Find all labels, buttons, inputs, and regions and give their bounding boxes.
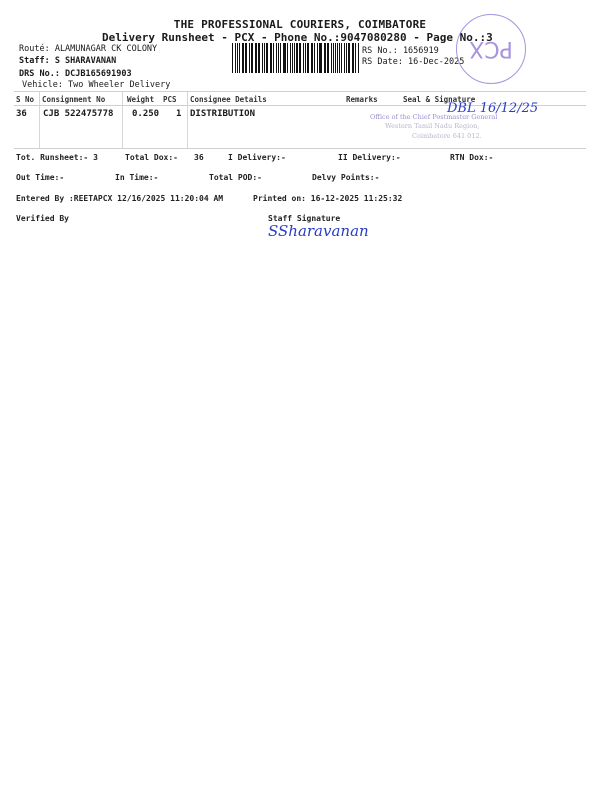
barcode-bar [271, 43, 272, 73]
vehicle-label: Vehicle: Two Wheeler Delivery [22, 80, 170, 90]
column-divider [122, 92, 123, 148]
barcode-bar [280, 43, 281, 73]
barcode-bar [344, 43, 345, 73]
barcode [232, 43, 360, 73]
barcode-bar [355, 43, 356, 73]
barcode-bar [243, 43, 244, 73]
cell-consignee: DISTRIBUTION [190, 109, 255, 119]
barcode-bar [249, 43, 250, 73]
barcode-bar [283, 43, 284, 73]
col-header-sno: S No [16, 95, 34, 104]
route-label: Routé: ALAMUNAGAR CK COLONY [19, 44, 157, 54]
barcode-bar [270, 43, 271, 73]
barcode-bar [262, 43, 263, 73]
barcode-bar [319, 43, 320, 73]
entered-by: Entered By :REETAPCX 12/16/2025 11:20:04… [16, 194, 223, 203]
cell-consignment-no: CJB 522475778 [43, 109, 113, 119]
barcode-bar [258, 43, 259, 73]
col-header-pcs: PCS [163, 95, 177, 104]
divider [14, 148, 586, 149]
barcode-bar [287, 43, 288, 73]
barcode-bar [348, 43, 350, 73]
barcode-bar [305, 43, 307, 73]
barcode-bar [325, 43, 326, 73]
barcode-bar [264, 43, 265, 73]
barcode-bar [346, 43, 347, 73]
barcode-bar [339, 43, 340, 73]
barcode-bar [299, 43, 300, 73]
cell-pcs: 1 [176, 109, 181, 119]
barcode-bar [327, 43, 329, 73]
barcode-bar [317, 43, 318, 73]
barcode-bar [307, 43, 308, 73]
barcode-bar [311, 43, 312, 73]
barcode-bar [324, 43, 325, 73]
col-header-weight: Weight [127, 95, 154, 104]
barcode-bar [300, 43, 301, 73]
cell-sno: 36 [16, 109, 27, 119]
delvy-points: Delvy Points:- [312, 173, 379, 182]
out-time: Out Time:- [16, 173, 64, 182]
staff-signature: SSharavanan [268, 222, 369, 240]
barcode-bar [333, 43, 334, 73]
barcode-bar [294, 43, 295, 73]
barcode-bar [292, 43, 293, 73]
rtn-dox: RTN Dox:- [450, 153, 493, 162]
barcode-bar [255, 43, 256, 73]
barcode-bar [278, 43, 279, 73]
barcode-bar [303, 43, 304, 73]
barcode-bar [232, 43, 233, 73]
barcode-bar [259, 43, 260, 73]
divider [14, 91, 586, 92]
col-header-consignment: Consignment No [42, 95, 105, 104]
barcode-bar [284, 43, 286, 73]
stamp-text: PCX [469, 37, 513, 62]
barcode-bar [335, 43, 336, 73]
seal-stamp-line: Western Tamil Nadu Region, [385, 122, 479, 130]
ii-delivery: II Delivery:- [338, 153, 401, 162]
pcx-stamp-icon: PCX [456, 14, 526, 84]
verified-by: Verified By [16, 214, 69, 223]
printed-on: Printed on: 16-12-2025 11:25:32 [253, 194, 402, 203]
staff-label: Staff: S SHARAVANAN [19, 56, 116, 66]
barcode-bar [358, 43, 359, 73]
barcode-bar [296, 43, 297, 73]
total-dox-value: 36 [194, 153, 204, 162]
i-delivery: I Delivery:- [228, 153, 286, 162]
barcode-bar [252, 43, 253, 73]
barcode-bar [276, 43, 277, 73]
tot-runsheet: Tot. Runsheet:- 3 [16, 153, 98, 162]
barcode-bar [273, 43, 274, 73]
barcode-bar [290, 43, 291, 73]
col-header-consignee: Consignee Details [190, 95, 267, 104]
total-pod: Total POD:- [209, 173, 262, 182]
drs-number: DRS No.: DCJB165691903 [19, 69, 132, 79]
barcode-bar [251, 43, 252, 73]
barcode-bar [314, 43, 315, 73]
barcode-bar [266, 43, 268, 73]
cell-weight: 0.250 [132, 109, 159, 119]
barcode-bar [242, 43, 243, 73]
barcode-bar [352, 43, 353, 73]
barcode-bar [239, 43, 240, 73]
barcode-bar [320, 43, 321, 73]
column-divider [39, 92, 40, 148]
total-dox-label: Total Dox:- [125, 153, 178, 162]
rs-number: RS No.: 1656919 [362, 46, 439, 56]
rs-date: RS Date: 16-Dec-2025 [362, 57, 464, 67]
barcode-bar [245, 43, 247, 73]
seal-stamp-line: Coimbatore 641 012. [412, 132, 482, 140]
in-time: In Time:- [115, 173, 158, 182]
barcode-bar [237, 43, 238, 73]
barcode-bar [353, 43, 354, 73]
barcode-bar [337, 43, 338, 73]
seal-stamp-line: Office of the Chief Postmaster General [370, 113, 497, 121]
barcode-bar [235, 43, 236, 73]
barcode-bar [312, 43, 313, 73]
column-divider [187, 92, 188, 148]
barcode-bar [341, 43, 342, 73]
barcode-bar [331, 43, 332, 73]
col-header-remarks: Remarks [346, 95, 378, 104]
